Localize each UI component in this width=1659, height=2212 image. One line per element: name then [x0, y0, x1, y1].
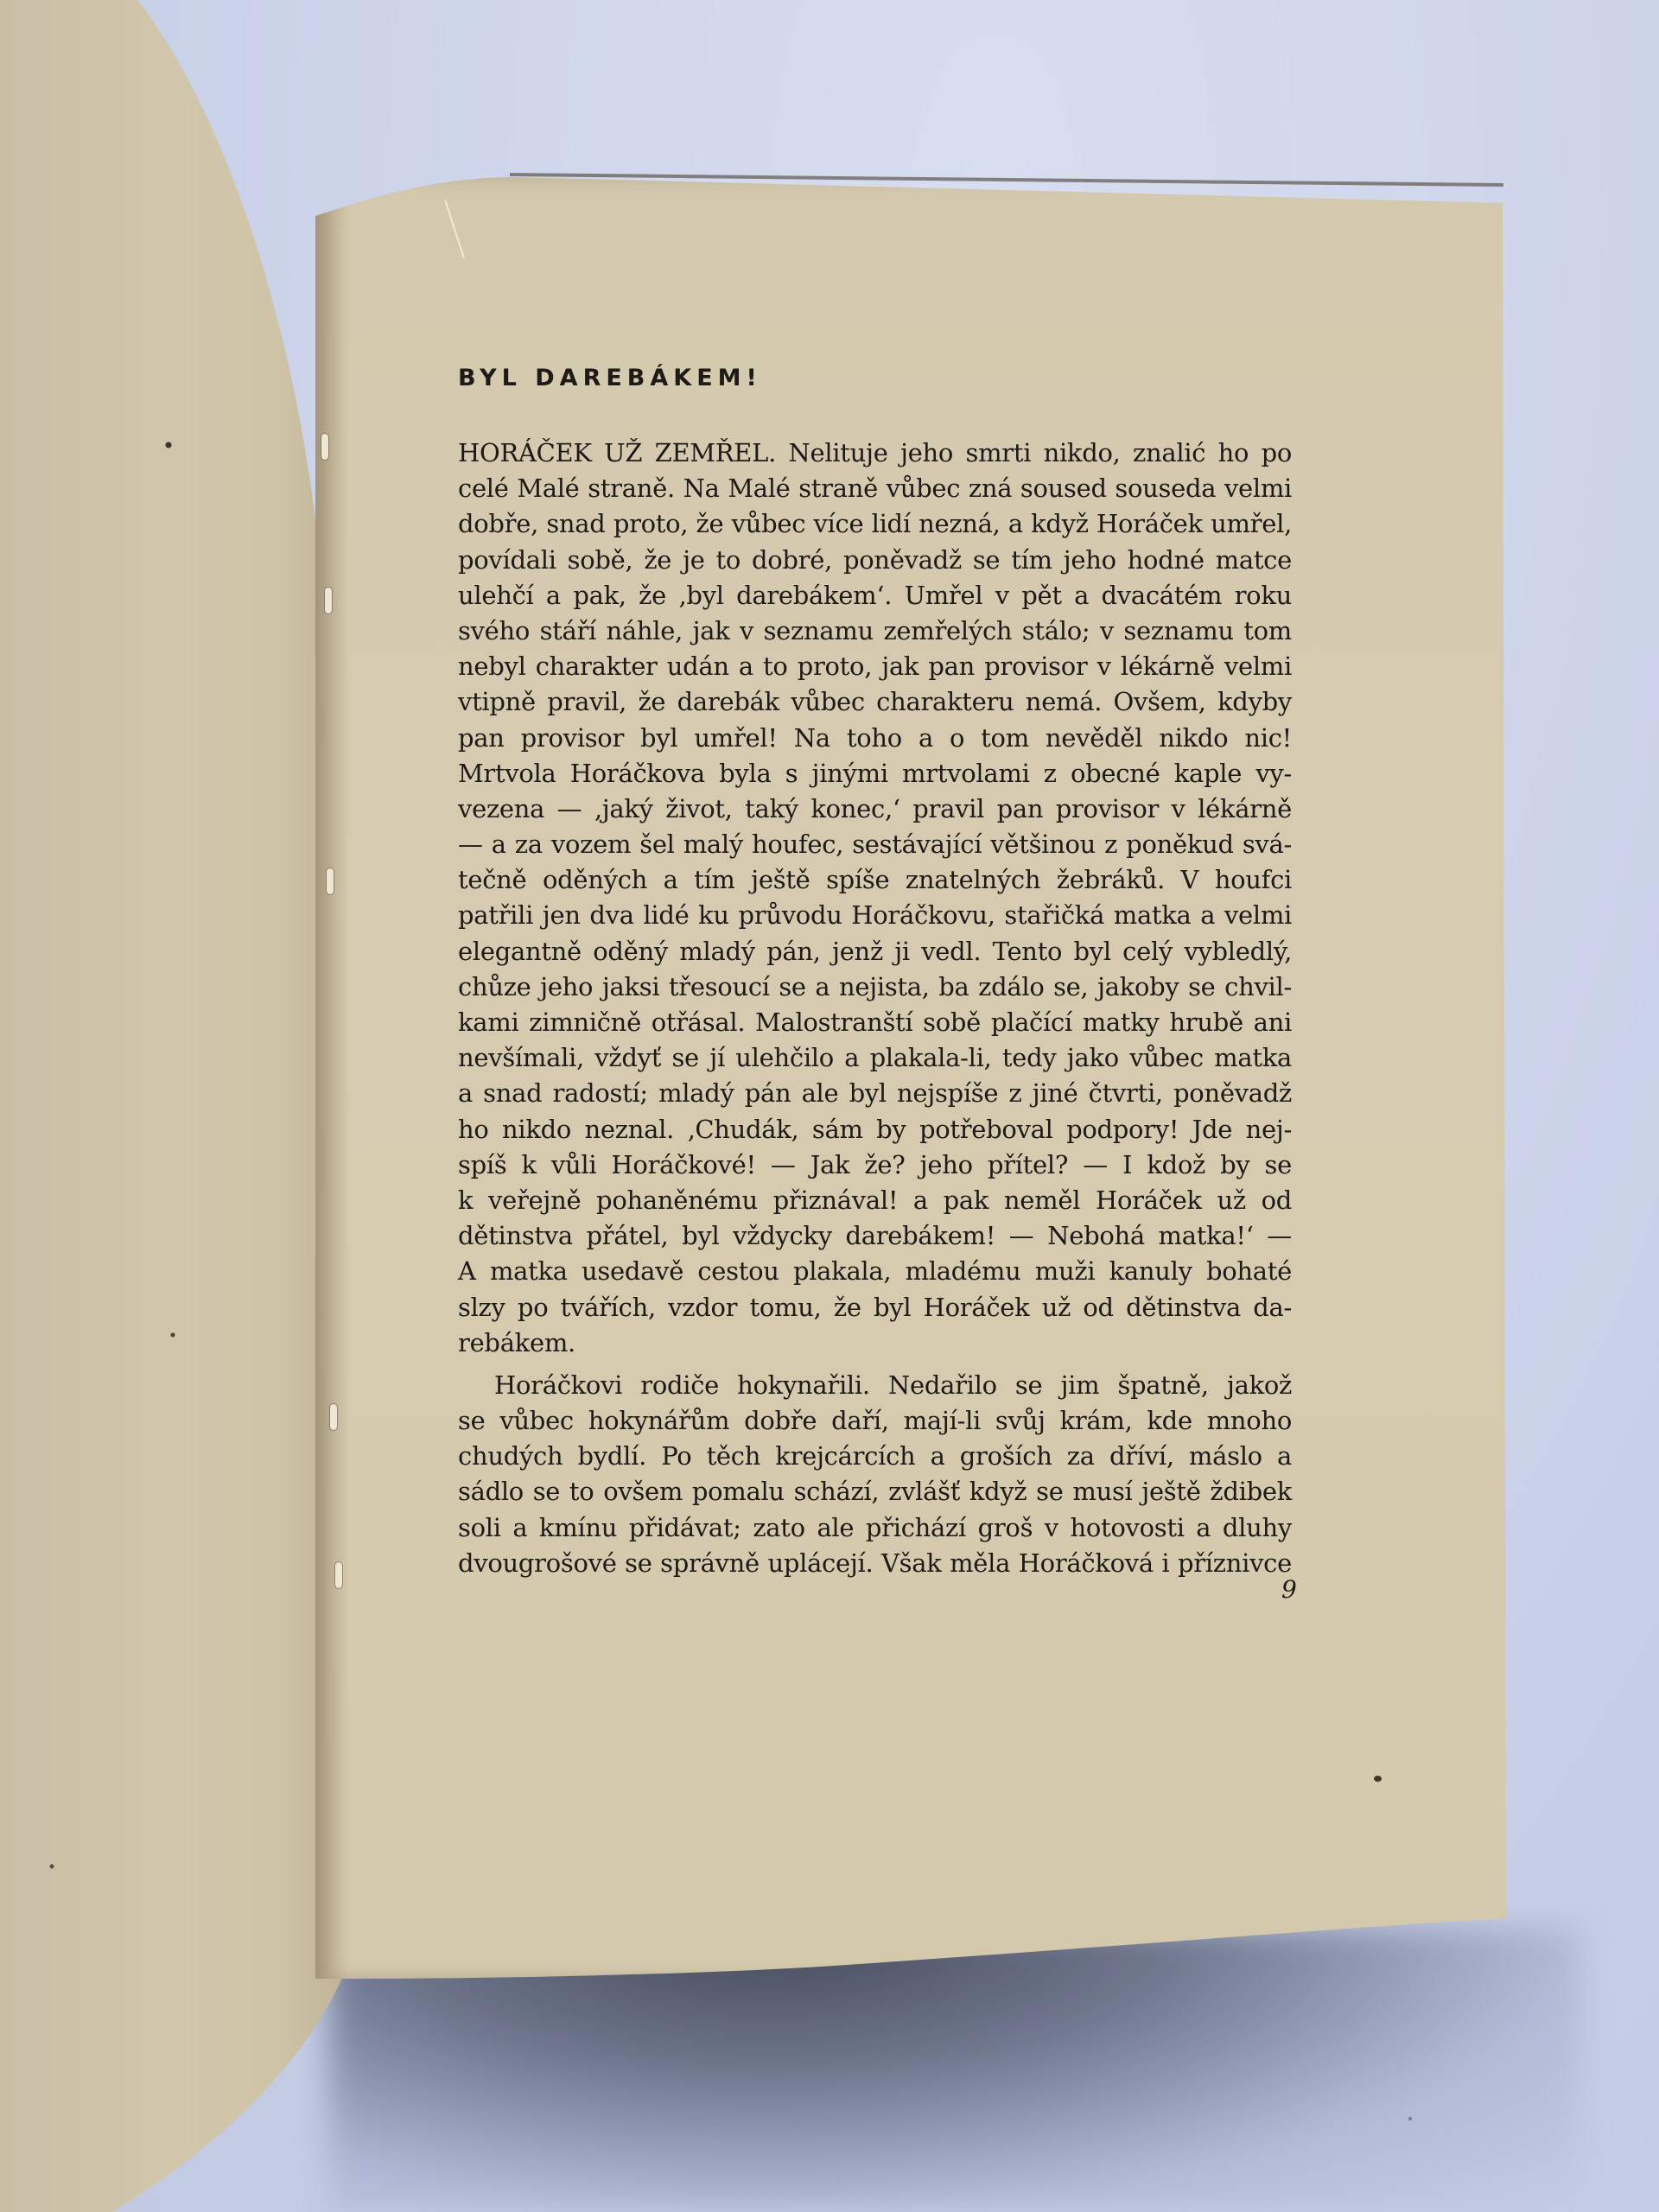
text-line: ho nikdo neznal. ‚Chudák, sám by potřebo…	[458, 1112, 1292, 1147]
text-line: Mrtvola Horáčkova byla s jinými mrtvolam…	[458, 756, 1292, 791]
paper-speck	[1374, 1776, 1382, 1782]
text-line: se vůbec hokynářům dobře daří, mají-li s…	[458, 1403, 1292, 1439]
text-line: svého stáří náhle, jak v seznamu zemřelý…	[458, 613, 1292, 649]
binding-thread-2	[325, 588, 332, 613]
paragraph-2: Horáčkovi rodiče hokynařili. Nedařilo se…	[458, 1368, 1292, 1581]
text-line: a snad radostí; mladý pán ale byl nejspí…	[458, 1076, 1292, 1111]
text-line: soli a kmínu přidávat; zato ale přichází…	[458, 1510, 1292, 1546]
text-line: patřili jen dva lidé ku průvodu Horáčkov…	[458, 898, 1292, 933]
text-line: k veřejně pohaněnému přiznával! a pak ne…	[458, 1183, 1292, 1218]
page-text-block: BYL DAREBÁKEM! HORÁČEK UŽ ZEMŘEL. Nelitu…	[458, 361, 1292, 1581]
text-line: dvougrošové se správně uplácejí. Však mě…	[458, 1546, 1292, 1581]
text-line: vtipně pravil, že darebák vůbec charakte…	[458, 684, 1292, 720]
text-line: kami zimničně otřásal. Malostranští sobě…	[458, 1005, 1292, 1040]
paper-speck	[1408, 2117, 1412, 2120]
text-line: — a za vozem šel malý houfec, sestávajíc…	[458, 827, 1292, 862]
text-line: chůze jeho jaksi třesoucí se a nejista, …	[458, 969, 1292, 1005]
text-line: nebyl charakter udán a to proto, jak pan…	[458, 649, 1292, 684]
text-line: dobře, snad proto, že vůbec více lidí ne…	[458, 506, 1292, 542]
text-line: nevšímali, vždyť se jí ulehčilo a plakal…	[458, 1040, 1292, 1076]
binding-thread-4	[330, 1404, 337, 1430]
text-line: rebákem.	[458, 1325, 1292, 1361]
paragraph-1: HORÁČEK UŽ ZEMŘEL. Nelituje jeho smrti n…	[458, 435, 1292, 1361]
text-line: povídali sobě, že je to dobré, poněvadž …	[458, 543, 1292, 578]
chapter-title: BYL DAREBÁKEM!	[458, 361, 1292, 396]
text-line: chudých bydlí. Po těch krejcárcích a gro…	[458, 1439, 1292, 1474]
text-line: tečně oděných a tím ještě spíše znatelný…	[458, 862, 1292, 898]
binding-thread-1	[321, 434, 328, 460]
text-line: slzy po tvářích, vzdor tomu, že byl Horá…	[458, 1290, 1292, 1325]
page-number: 9	[1281, 1575, 1297, 1604]
text-line: ulehčí a pak, že ‚byl darebákem‘. Umřel …	[458, 578, 1292, 613]
text-line: elegantně oděný mladý pán, jenž ji vedl.…	[458, 934, 1292, 969]
text-line: HORÁČEK UŽ ZEMŘEL. Nelituje jeho smrti n…	[458, 435, 1292, 471]
text-line: sádlo se to ovšem pomalu schází, zvlášť …	[458, 1474, 1292, 1510]
left-page	[0, 0, 346, 2212]
text-line: dětinstva přátel, byl vždycky darebákem!…	[458, 1218, 1292, 1254]
binding-thread-5	[335, 1562, 342, 1588]
binding-thread-3	[327, 868, 334, 894]
text-line: celé Malé straně. Na Malé straně vůbec z…	[458, 471, 1292, 506]
text-line: vezena — ‚jaký život, taký konec,‘ pravi…	[458, 791, 1292, 827]
text-line: A matka usedavě cestou plakala, mladému …	[458, 1254, 1292, 1289]
left-page-specks	[0, 0, 346, 2212]
text-line: Horáčkovi rodiče hokynařili. Nedařilo se…	[458, 1368, 1292, 1403]
text-line: spíš k vůli Horáčkové! — Jak že? jeho př…	[458, 1147, 1292, 1183]
text-line: pan provisor byl umřel! Na toho a o tom …	[458, 721, 1292, 756]
